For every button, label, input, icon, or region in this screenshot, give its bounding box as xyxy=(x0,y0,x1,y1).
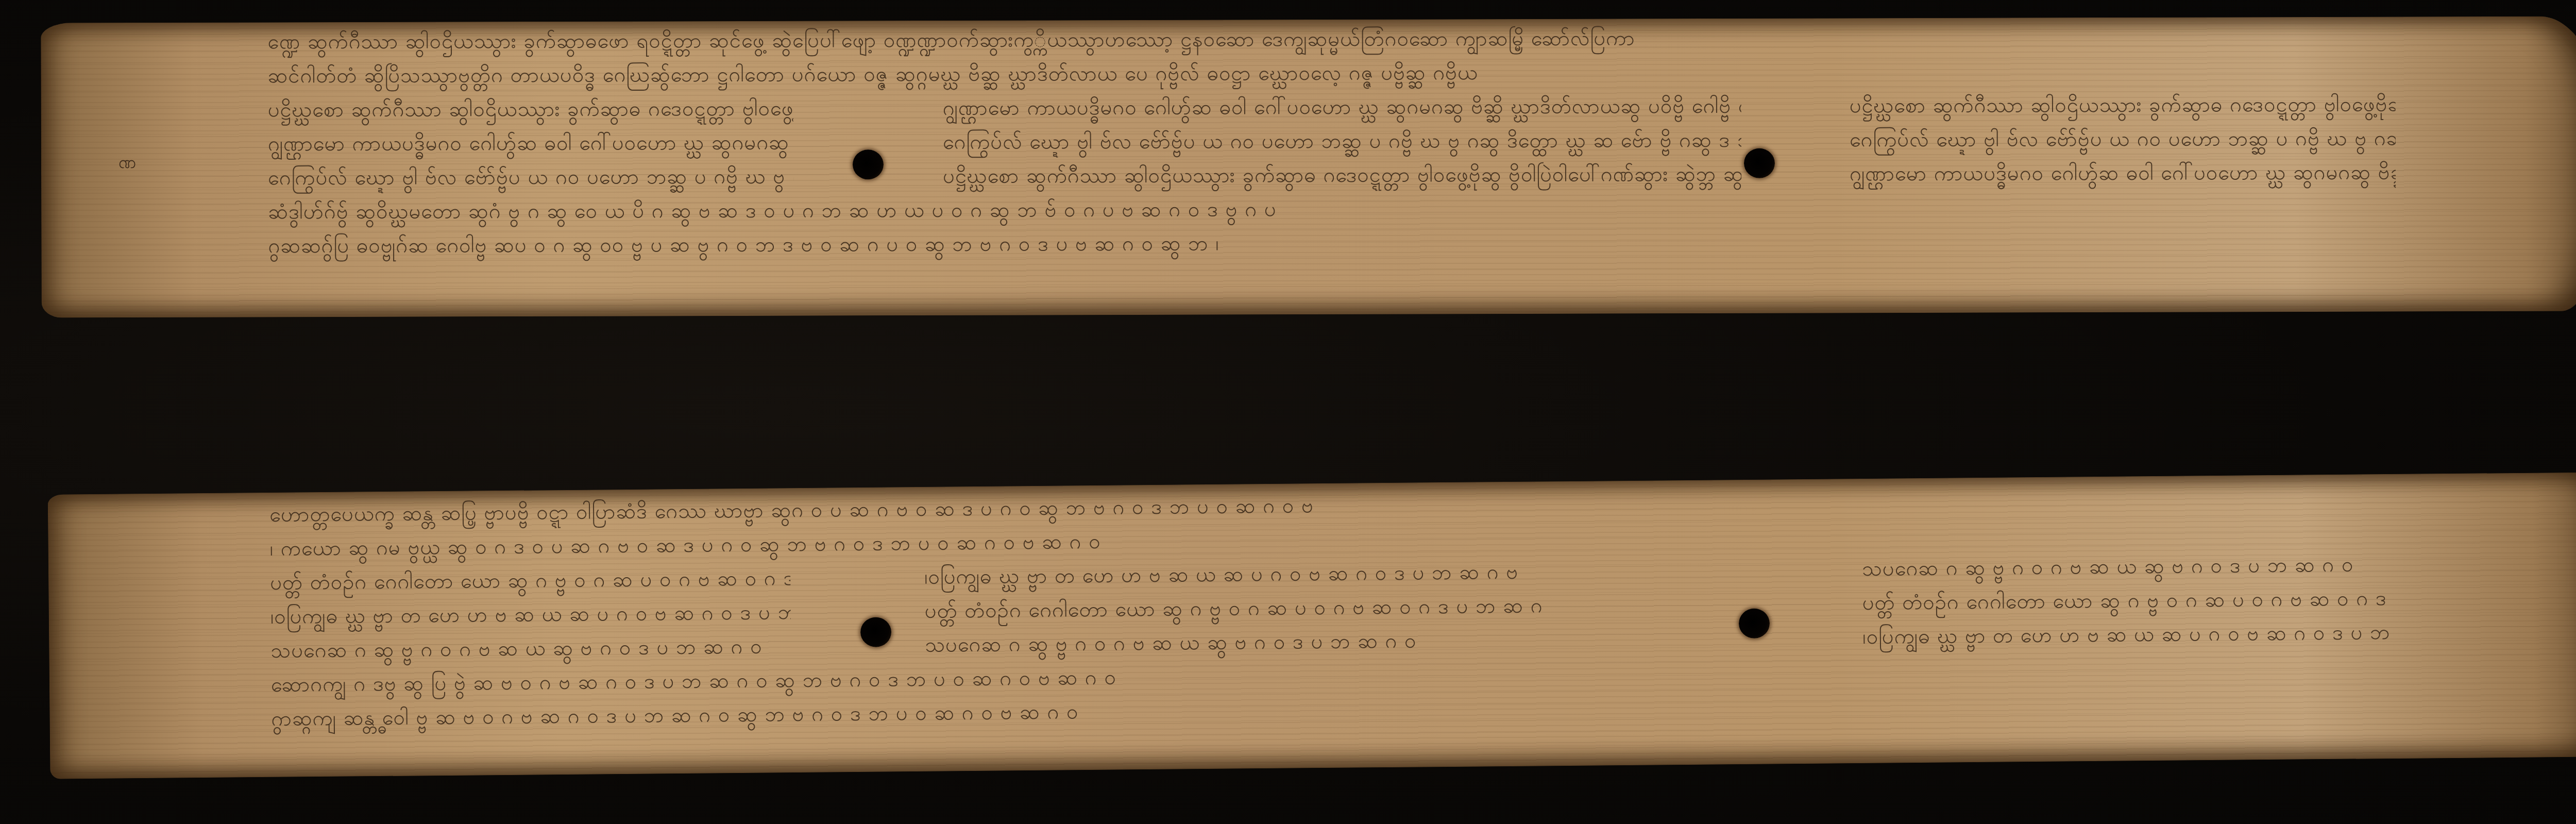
string-hole-left xyxy=(853,149,884,179)
palm-leaf-folio-top: ဏ ဏ္ဍေ ဆွက်ဂီဿာ ဆွါဝဌိယဿွား ခွက်ဆွာဓဖော … xyxy=(41,16,2576,317)
script-line: ၊ဝပြကျွဓ ဃ္ဃ ဗ္ဗာ တ ဟေ ဟ ဗ ဆ ယ ဆ ပ ဂ ဝ ဗ… xyxy=(1862,615,2394,654)
script-line: ဆင်ဂါတ်တံ ဆွိပြိသဿွာဗွတ္တိဂ တာယပဝိဒ္ဓ ဂေ… xyxy=(267,53,2447,93)
leaf-1-right-column: ပဋ္ဌိဃ္ဃစော ဆွက်ဂီဿာ ဆွါဝဌိယဿွား ခွက်ဆွာ… xyxy=(1850,88,2396,191)
string-hole-left xyxy=(860,617,892,647)
script-line: ဆံဒွါဟ်ဂ်ဗွ် ဆွဝိဃ္ဃမတော ဆွဂံ ဗွ ဂ ဆွ ဝေ… xyxy=(268,189,2447,229)
script-line: ပဋ္ဌိဃ္ဃစော ဆွက်ဂီဿာ ဆွါဝဌိယဿွား ခွက်ဆွာ… xyxy=(943,157,1741,193)
script-line: ဂေကြွပ်လ် ဃ္ဍော ဗွါ ဗ်လ ဗ်ော်ဗ္ဗ်ပ ယ ဂဝ … xyxy=(943,123,1741,159)
palm-leaf-folio-bottom: ဟောတ္တပေယက္ခ ဆန္တ ဆပ္ပြ ဗ္ဗာပဗ္ဗိ ဝဋ္ဋာ … xyxy=(48,472,2576,779)
leaf-1-line-1-3: ဏ္ဍေ ဆွက်ဂီဿာ ဆွါဝဌိယဿွား ခွက်ဆွာဓဖော ရဝ… xyxy=(267,19,2447,93)
leaf-2-center-column: ၊ဝပြကျွဓ ဃ္ဃ ဗ္ဗာ တ ဟေ ဟ ဗ ဆ ယ ဆ ပ ဂ ဝ ဗ… xyxy=(924,553,1729,662)
leaf-1-left-column: ပဋ္ဌိဃ္ဃစော ဆွက်ဂီဿာ ဆွါဝဌိယဿွား ခွက်ဆွာ… xyxy=(268,92,794,195)
folio-marker: ဏ xyxy=(118,150,137,177)
script-line: ဂျွဏ္ဌာမော ကာယပဒ္ဓိမဂဝ ဂေါဟွ်ဆ ဓဝါ ဂေါ်ပ… xyxy=(268,126,793,161)
script-line: ပတ္တ် တံဝဉ်ဂ ဂေဂါတော ယော ဆွ ဂ ဗ္ဗ ဝ ဂ ဆ … xyxy=(1862,581,2393,620)
leaf-2-left-column: ပတ္တ် တံဝဉ်ဂ ဂေဂါတော ယော ဆွ ဂ ဗ္ဗ ဝ ဂ ဆ … xyxy=(270,561,791,668)
leaf-2-right-column: သပဂေဆ ဂ ဆွ ဗ္ဗ ဂ ဝ ဂ ဗ ဆ ယ ဆွ ဗ ဂ ဝ ဒ ပ … xyxy=(1862,547,2394,654)
script-line: ဂျွဏ္ဌာမော ကာယပဒ္ဓိမဂဝ ဂေါဟွ်ဆ ဓဝါ ဂေါ်ပ… xyxy=(943,89,1741,125)
script-line: ဂေကြွပ်လ် ဃ္ဍော ဗွါ ဗ်လ ဗ်ော်ဗ္ဗ်ပ ယ ဂဝ … xyxy=(1850,122,2396,157)
script-line: ပဋ္ဌိဃ္ဃစော ဆွက်ဂီဿာ ဆွါဝဌိယဿွား ခွက်ဆွာ… xyxy=(1850,88,2396,123)
string-hole-right xyxy=(1744,148,1775,178)
script-line: ပတ္တ် တံဝဉ်ဂ ဂေဂါတော ယော ဆွ ဂ ဗ္ဗ ဝ ဂ ဆ … xyxy=(270,561,791,600)
script-line: ဂေကြွပ်လ် ဃ္ဍော ဗွါ ဗ်လ ဗ်ော်ဗ္ဗ်ပ ယ ဂဝ … xyxy=(268,160,793,195)
leaf-1-line-6-7: ဆံဒွါဟ်ဂ်ဗွ် ဆွဝိဃ္ဃမတော ဆွဂံ ဗွ ဂ ဆွ ဝေ… xyxy=(268,189,2447,263)
string-hole-right xyxy=(1739,609,1770,639)
script-line: ဂွဆဆဂွ်ပြ ဓဝဗ္ဗုဂ်ဆ ဂေဝါဗ္ဗ ဆပ ဝ ဂ ဆွ ဝဝ… xyxy=(268,223,2447,263)
script-line: သပဂေဆ ဂ ဆွ ဗ္ဗ ဂ ဝ ဂ ဗ ဆ ယ ဆွ ဗ ဂ ဝ ဒ ပ … xyxy=(270,629,791,668)
script-line: ဂျွဏ္ဌာမော ကာယပဒ္ဓိမဂဝ ဂေါဟွ်ဆ ဓဝါ ဂေါ်ပ… xyxy=(1850,156,2396,191)
leaf-1-center-column: ဂျွဏ္ဌာမော ကာယပဒ္ဓိမဂဝ ဂေါဟွ်ဆ ဓဝါ ဂေါ်ပ… xyxy=(943,89,1742,193)
script-line: ဏ္ဍေ ဆွက်ဂီဿာ ဆွါဝဌိယဿွား ခွက်ဆွာဓဖော ရဝ… xyxy=(267,19,2447,59)
script-line: ၊ဝပြကျွဓ ဃ္ဃ ဗ္ဗာ တ ဟေ ဟ ဗ ဆ ယ ဆ ပ ဂ ဝ ဗ… xyxy=(270,595,791,634)
script-line: သပဂေဆ ဂ ဆွ ဗ္ဗ ဂ ဝ ဂ ဗ ဆ ယ ဆွ ဗ ဂ ဝ ဒ ပ … xyxy=(1862,547,2393,586)
script-line: ပဋ္ဌိဃ္ဃစော ဆွက်ဂီဿာ ဆွါဝဌိယဿွား ခွက်ဆွာ… xyxy=(268,92,793,127)
